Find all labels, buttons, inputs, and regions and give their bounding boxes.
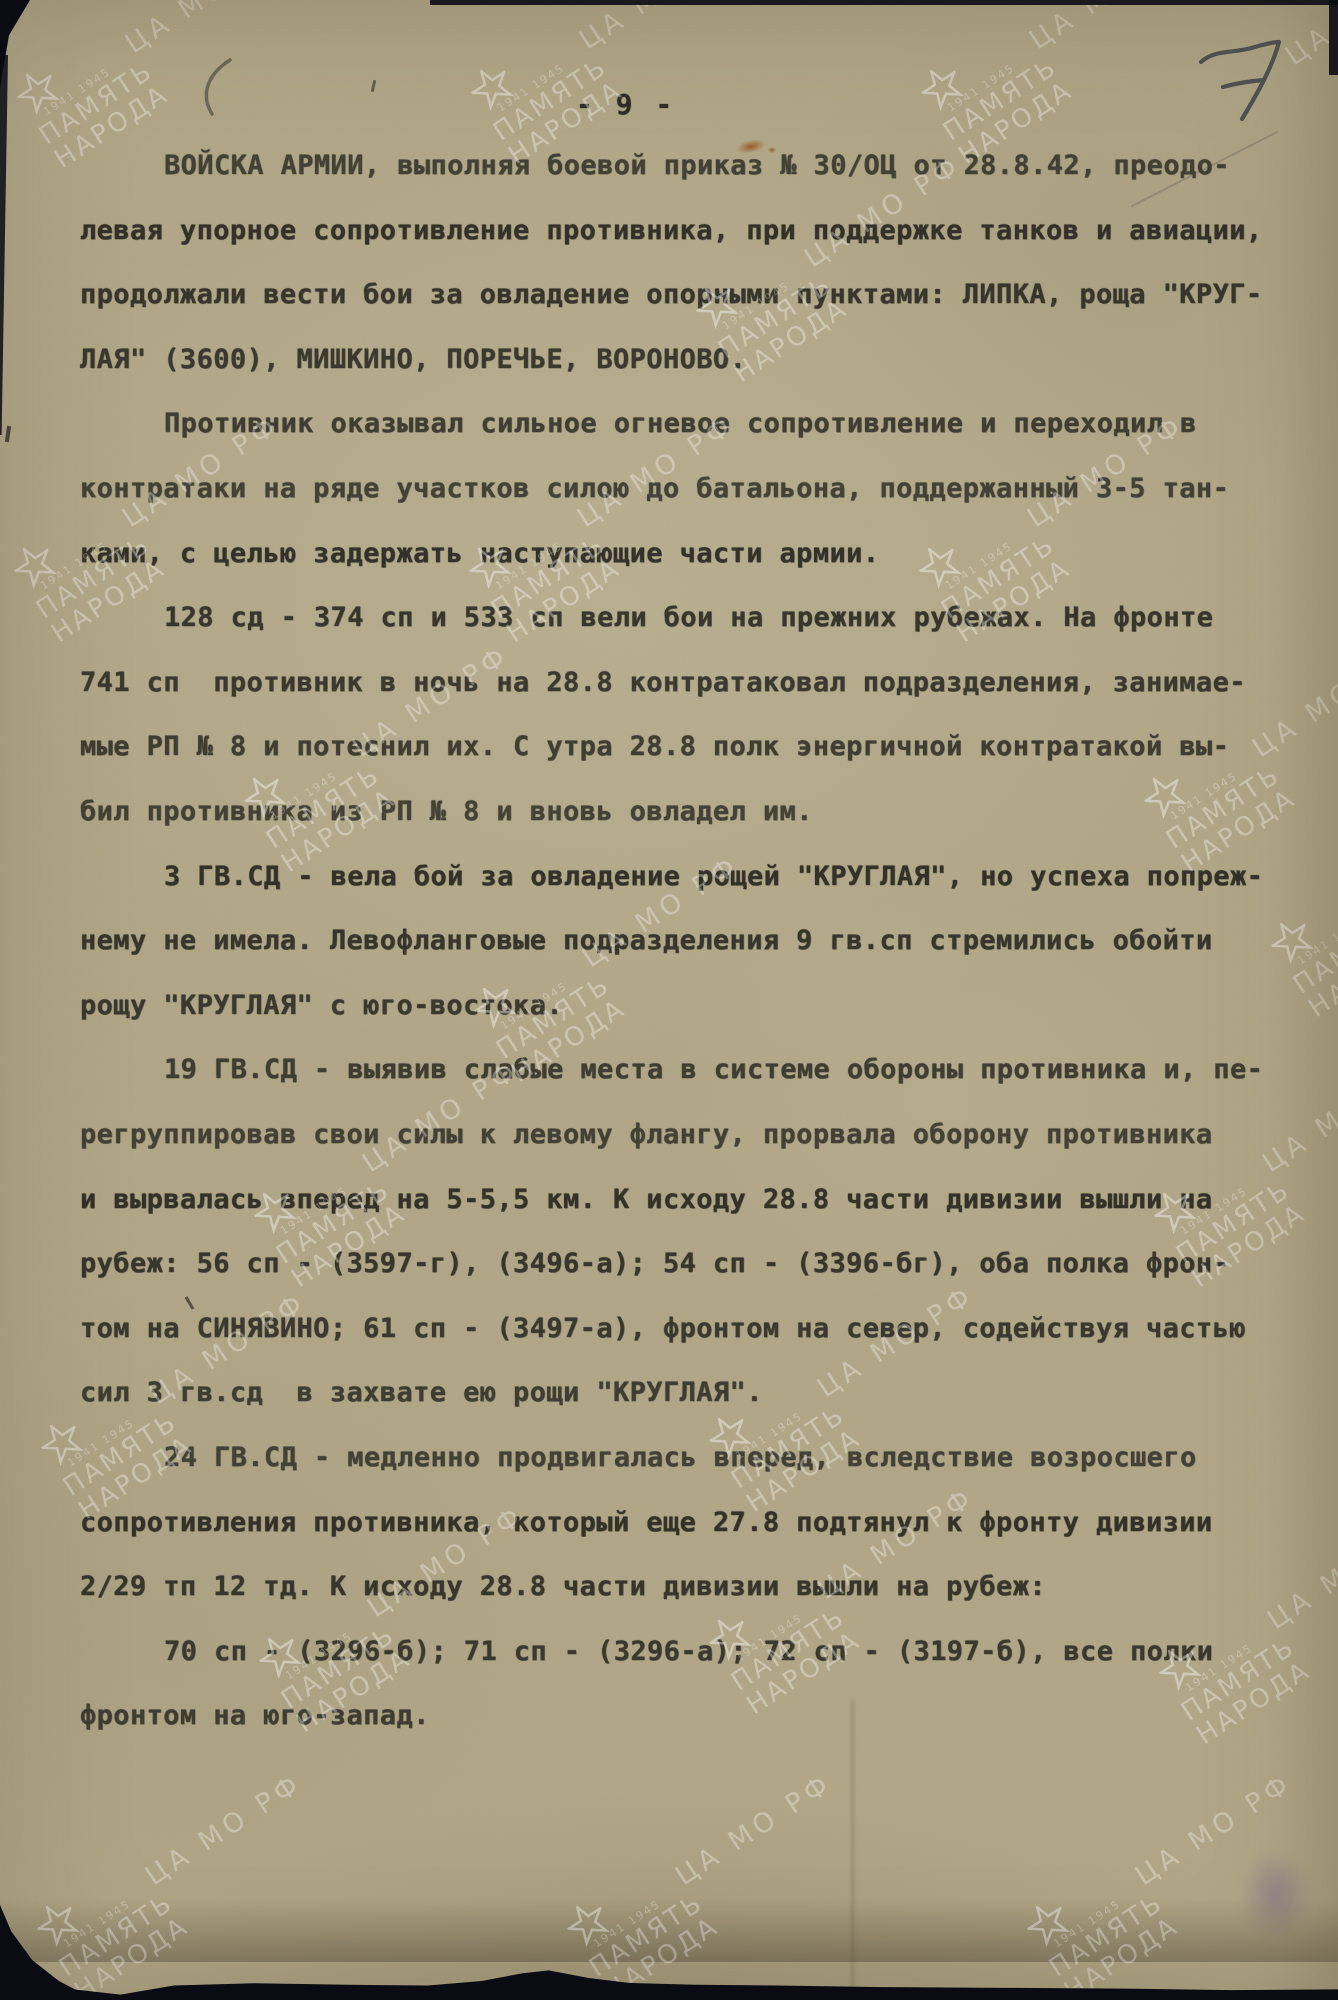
margin-tick <box>5 426 11 442</box>
victory-star-icon <box>1264 912 1319 967</box>
ink-tick <box>371 80 376 92</box>
victory-star-icon <box>464 59 519 114</box>
archive-agency-watermark: ЦА МО РФ <box>670 1768 838 1892</box>
archive-stamp-watermark: 1941 1945ПАМЯТЬНАРОДА <box>1150 1591 1316 1750</box>
document-line: ЛАЯ" (3600), МИШКИНО, ПОРЕЧЬЕ, ВОРОНОВО. <box>80 344 746 375</box>
document-line: продолжали вести бои за овладение опорны… <box>80 279 1263 310</box>
archive-stamp-watermark: 1941 1945ПАМЯТЬНАРОДА <box>912 11 1078 170</box>
watermark-word: ПАМЯТЬ <box>1289 905 1338 999</box>
document-line: мые РП № 8 и потеснил их. С утра 28.8 по… <box>80 731 1229 762</box>
document-line: 19 ГВ.СД - выявив слабые места в системе… <box>80 1054 1263 1085</box>
document-line: фронтом на юго-запад. <box>80 1700 430 1731</box>
watermark-word: НАРОДА <box>952 554 1076 648</box>
scan-edge <box>1329 0 1338 75</box>
document-line: левая упорное сопротивление противника, … <box>80 215 1263 246</box>
document-line: 24 ГВ.СД - медленно продвигалась вперед,… <box>80 1442 1197 1473</box>
document-line: регруппировав свои силы к левому флангу,… <box>80 1119 1213 1150</box>
victory-star-icon <box>912 537 967 592</box>
document-line: Противник оказывал сильное огневое сопро… <box>80 408 1197 439</box>
watermark-word: ПАМЯТЬ <box>939 52 1063 146</box>
document-line: нему не имела. Левофланговые подразделен… <box>80 925 1213 956</box>
pen-mark <box>192 56 238 118</box>
watermark-word: НАРОДА <box>1192 1656 1316 1750</box>
document-line: и вырвалась вперед на 5-5,5 км. К исходу… <box>80 1184 1213 1215</box>
victory-star-icon <box>10 63 65 118</box>
watermark-years: 1941 1945 <box>1295 894 1338 967</box>
scan-edge <box>430 0 1338 5</box>
archive-agency-watermark: ЦА МО РФ <box>1257 1055 1338 1179</box>
document-line: ками, с целью задержать наступающие част… <box>80 538 879 569</box>
watermark-years: 1941 1945 <box>945 41 1048 114</box>
victory-star-icon <box>914 59 969 114</box>
document-line: бил противника из РП № 8 и вновь овладел… <box>80 796 813 827</box>
document-line: контратаки на ряде участков силою до бат… <box>80 473 1229 504</box>
watermark-years: 1941 1945 <box>943 519 1046 592</box>
document-line: 2/29 тп 12 тд. К исходу 28.8 части дивиз… <box>80 1571 1046 1602</box>
watermark-word: НАРОДА <box>1304 929 1338 1023</box>
document-scan: 1941 1945ПАМЯТЬНАРОДАЦА МО РФ1941 1945ПА… <box>0 0 1338 2000</box>
document-line: том на СИНЯВИНО; 61 сп - (3497-а), фронт… <box>80 1313 1246 1344</box>
archive-agency-watermark: ЦА МО РФ <box>1024 0 1192 56</box>
paper-sheet: 1941 1945ПАМЯТЬНАРОДАЦА МО РФ1941 1945ПА… <box>0 0 1338 2000</box>
document-line: 3 ГВ.СД - вела бой за овладение рощей "К… <box>80 861 1263 892</box>
document-line: 128 сд - 374 сп и 533 сп вели бои на пре… <box>80 602 1213 633</box>
paper-fiber <box>185 1296 195 1310</box>
archive-agency-watermark: ЦА МО РФ <box>140 1768 308 1892</box>
document-line: 741 сп противник в ночь на 28.8 контрата… <box>80 667 1246 698</box>
archive-agency-watermark: ЦА МО РФ <box>120 0 288 60</box>
archive-agency-watermark: ЦА МО РФ <box>574 0 742 56</box>
page-header-number: - 9 - <box>576 88 675 121</box>
document-line: сопротивления противника, который еще 27… <box>80 1507 1213 1538</box>
archive-agency-watermark: ЦА МО РФ <box>1247 640 1338 764</box>
watermark-word: ПАМЯТЬ <box>35 56 159 150</box>
edge-shadow <box>0 1898 1338 1962</box>
document-line: рубеж: 56 сп - (3597-г), (3496-а); 54 сп… <box>80 1248 1229 1279</box>
document-line: ВОЙСКА АРМИИ, выполняя боевой приказ № 3… <box>80 150 1230 181</box>
watermark-word: ПАМЯТЬ <box>1162 760 1286 854</box>
archive-agency-watermark: ЦА МО РФ <box>1262 1512 1338 1636</box>
torn-bottom-edge <box>0 1962 1338 2000</box>
rust-stain <box>768 147 776 153</box>
victory-star-icon <box>7 537 62 592</box>
victory-star-icon <box>1137 767 1192 822</box>
archive-stamp-watermark: 1941 1945ПАМЯТЬНАРОДА <box>1262 864 1338 1023</box>
scan-edge <box>0 55 8 435</box>
document-line: 70 сп - (3296-б); 71 сп - (3296-а); 72 с… <box>80 1636 1213 1667</box>
handwritten-page-number <box>1195 30 1290 125</box>
watermark-years: 1941 1945 <box>41 45 144 118</box>
document-line: рощу "КРУГЛАЯ" с юго-востока. <box>80 990 563 1021</box>
document-line: сил 3 гв.сд в захвате ею рощи "КРУГЛАЯ". <box>80 1377 763 1408</box>
